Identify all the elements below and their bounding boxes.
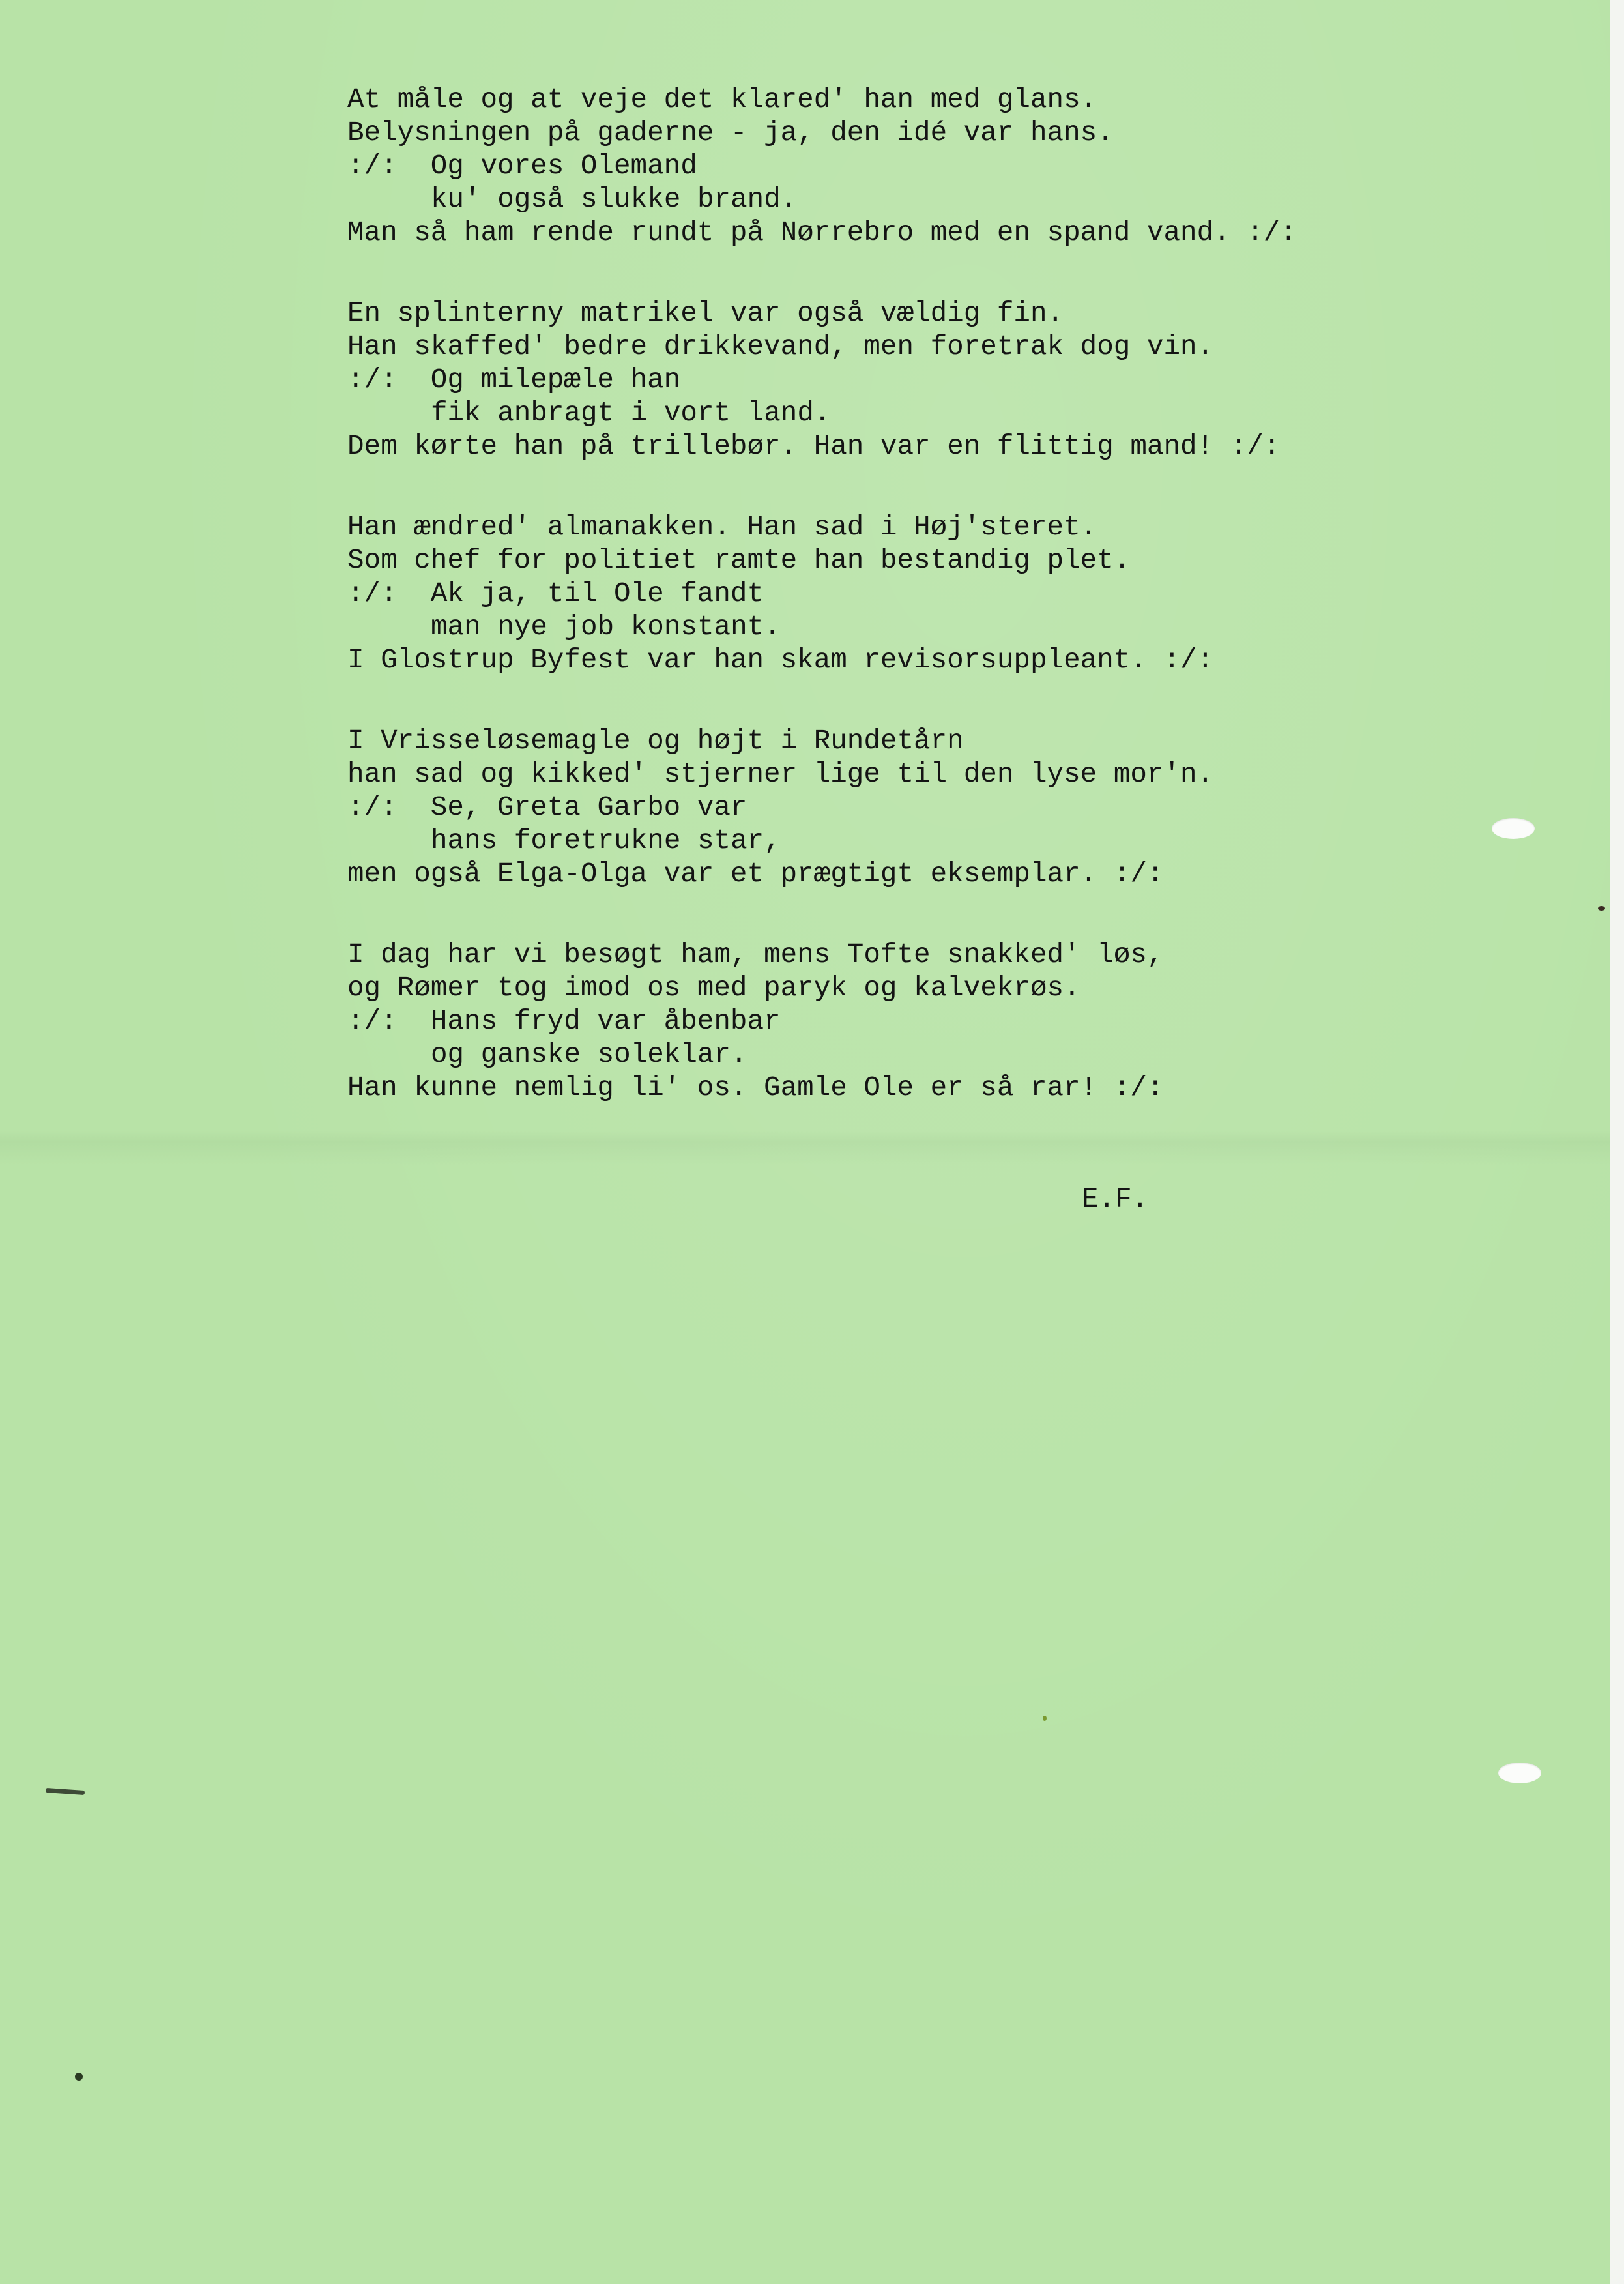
poem-line: og ganske soleklar. <box>347 1038 1297 1072</box>
poem-line: :/: Og milepæle han <box>347 364 1297 397</box>
poem-line: :/: Se, Greta Garbo var <box>347 791 1297 825</box>
poem-line: Dem kørte han på trillebør. Han var en f… <box>347 430 1297 463</box>
poem-line: I Glostrup Byfest var han skam revisorsu… <box>347 644 1297 677</box>
poem-line: En splinterny matrikel var også vældig f… <box>347 297 1297 330</box>
poem-line: hans foretrukne star, <box>347 825 1297 858</box>
poem-line: og Rømer tog imod os med paryk og kalvek… <box>347 972 1297 1005</box>
poem-line: :/: Og vores Olemand <box>347 150 1297 183</box>
poem-line: men også Elga-Olga var et prægtigt eksem… <box>347 858 1297 891</box>
poem-line: Han kunne nemlig li' os. Gamle Ole er så… <box>347 1072 1297 1105</box>
stanza: En splinterny matrikel var også vældig f… <box>347 297 1297 463</box>
signature: E.F. <box>1082 1183 1148 1216</box>
stanza: I dag har vi besøgt ham, mens Tofte snak… <box>347 939 1297 1105</box>
poem-line: han sad og kikked' stjerner lige til den… <box>347 758 1297 791</box>
poem-line: At måle og at veje det klared' han med g… <box>347 83 1297 117</box>
poem-line: Man så ham rende rundt på Nørrebro med e… <box>347 216 1297 250</box>
poem-line: fik anbragt i vort land. <box>347 397 1297 430</box>
poem-line: Han skaffed' bedre drikkevand, men foret… <box>347 330 1297 364</box>
scan-speck <box>75 2073 83 2081</box>
stanza: I Vrisseløsemagle og højt i Rundetårnhan… <box>347 725 1297 891</box>
scan-speck <box>1598 906 1605 911</box>
punch-hole-bottom <box>1498 1763 1541 1783</box>
poem-line: ku' også slukke brand. <box>347 183 1297 216</box>
poem-text: At måle og at veje det klared' han med g… <box>347 83 1297 1152</box>
poem-line: man nye job konstant. <box>347 611 1297 644</box>
stanza: Han ændred' almanakken. Han sad i Høj'st… <box>347 511 1297 677</box>
poem-line: :/: Hans fryd var åbenbar <box>347 1005 1297 1038</box>
poem-line: Som chef for politiet ramte han bestandi… <box>347 544 1297 578</box>
scan-margin <box>1610 0 1624 2284</box>
punch-hole-top <box>1492 818 1535 839</box>
poem-line: Han ændred' almanakken. Han sad i Høj'st… <box>347 511 1297 544</box>
poem-line: Belysningen på gaderne - ja, den idé var… <box>347 117 1297 150</box>
poem-line: I Vrisseløsemagle og højt i Rundetårn <box>347 725 1297 758</box>
poem-line: I dag har vi besøgt ham, mens Tofte snak… <box>347 939 1297 972</box>
scan-speck <box>1043 1716 1047 1721</box>
stanza: At måle og at veje det klared' han med g… <box>347 83 1297 250</box>
poem-line: :/: Ak ja, til Ole fandt <box>347 578 1297 611</box>
